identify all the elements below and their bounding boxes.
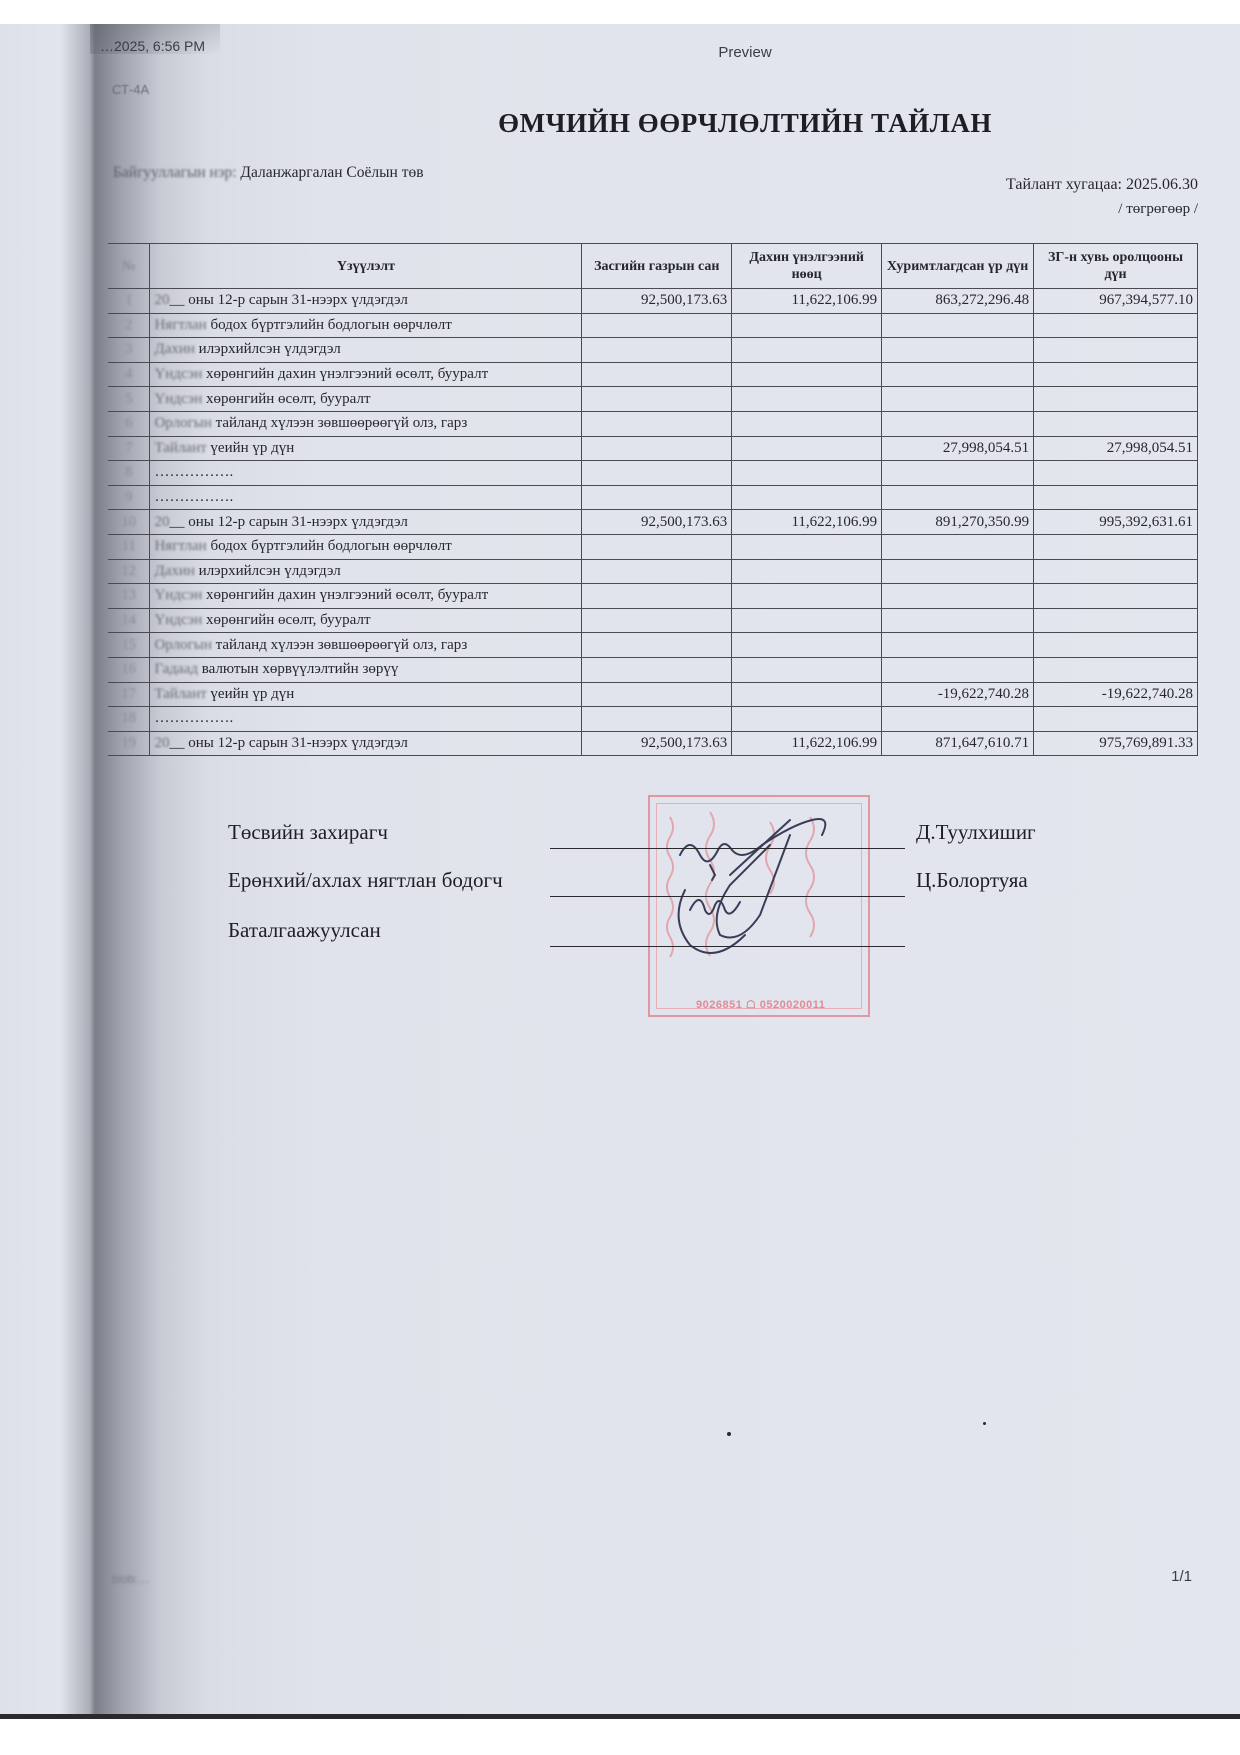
table-row: 9……………. [108, 485, 1198, 510]
form-code: СТ-4А [112, 82, 149, 97]
row-label-text: бодох бүртгэлийн бодлогын өөрчлөлт [207, 538, 452, 554]
report-period: Тайлант хугацаа: 2025.06.30 [1006, 176, 1198, 194]
cell-gov-fund [582, 633, 732, 658]
row-index: 2 [108, 313, 150, 338]
signature-row-verified: Баталгаажуулсан [228, 918, 381, 943]
column-header-revaluation-reserve: Дахин үнэлгээний нөөц [732, 244, 882, 289]
cell-total [1034, 387, 1198, 412]
cell-gov-fund [582, 682, 732, 707]
cell-retained: -19,622,740.28 [882, 682, 1034, 707]
row-index: 6 [108, 411, 150, 436]
row-label: Үндсэн хөрөнгийн дахин үнэлгээний өсөлт,… [150, 362, 582, 387]
row-label-lead: Тайлант [154, 686, 206, 702]
row-label-lead: 20 [154, 735, 169, 751]
row-label: Нягтлан бодох бүртгэлийн бодлогын өөрчлө… [150, 313, 582, 338]
cell-total [1034, 584, 1198, 609]
row-label-text: үеийн үр дүн [207, 686, 295, 702]
column-header-gov-fund: Засгийн газрын сан [582, 244, 732, 289]
cell-reval-reserve [732, 584, 882, 609]
cell-total [1034, 461, 1198, 486]
row-label-lead: 20 [154, 292, 169, 308]
cell-total [1034, 633, 1198, 658]
row-index: 9 [108, 485, 150, 510]
cell-retained [882, 387, 1034, 412]
column-header-total: ЗГ-н хувь оролцооны дүн [1034, 244, 1198, 289]
official-stamp: 9026851 ☖ 0520020011 [648, 795, 870, 1017]
cell-gov-fund [582, 657, 732, 682]
print-app-title: Preview [0, 44, 1240, 61]
row-label-text: бодох бүртгэлийн бодлогын өөрчлөлт [207, 317, 452, 333]
signature-line [550, 946, 905, 947]
cell-total [1034, 411, 1198, 436]
cell-total [1034, 362, 1198, 387]
row-label: 20__ оны 12-р сарын 31-нээрх үлдэгдэл [150, 731, 582, 756]
column-header-index: № [108, 244, 150, 289]
cell-reval-reserve [732, 608, 882, 633]
cell-gov-fund [582, 387, 732, 412]
cell-gov-fund [582, 362, 732, 387]
signature-role: Ерөнхий/ахлах нягтлан бодогч [228, 868, 503, 892]
equity-changes-table: № Үзүүлэлт Засгийн газрын сан Дахин үнэл… [108, 243, 1198, 756]
cell-total: 975,769,891.33 [1034, 731, 1198, 756]
row-label-text: хөрөнгийн дахин үнэлгээний өсөлт, буурал… [202, 366, 488, 382]
signature-role: Баталгаажуулсан [228, 918, 381, 942]
cell-retained [882, 707, 1034, 732]
table-row: 16Гадаад валютын хөрвүүлэлтийн зөрүү [108, 657, 1198, 682]
row-index: 15 [108, 633, 150, 658]
cell-gov-fund [582, 411, 732, 436]
table-row: 7Тайлант үеийн үр дүн27,998,054.5127,998… [108, 436, 1198, 461]
row-index: 7 [108, 436, 150, 461]
cell-gov-fund [582, 338, 732, 363]
table-row: 5Үндсэн хөрөнгийн өсөлт, бууралт [108, 387, 1198, 412]
organization-label: Байгууллагын нэр: [113, 164, 237, 181]
row-label: 20__ оны 12-р сарын 31-нээрх үлдэгдэл [150, 510, 582, 535]
signatory-name: Д.Туулхишиг [916, 820, 1036, 845]
row-label-lead: Орлогын [154, 637, 211, 653]
row-label: Тайлант үеийн үр дүн [150, 682, 582, 707]
row-index: 5 [108, 387, 150, 412]
cell-retained [882, 485, 1034, 510]
cell-retained: 871,647,610.71 [882, 731, 1034, 756]
currency-unit: / төгрөгөөр / [1118, 201, 1198, 218]
cell-total: 967,394,577.10 [1034, 289, 1198, 314]
cell-reval-reserve [732, 559, 882, 584]
column-header-item: Үзүүлэлт [150, 244, 582, 289]
row-label: ……………. [150, 707, 582, 732]
cell-reval-reserve [732, 657, 882, 682]
table-row: 1020__ оны 12-р сарын 31-нээрх үлдэгдэл9… [108, 510, 1198, 535]
cell-reval-reserve [732, 338, 882, 363]
row-index: 12 [108, 559, 150, 584]
footer-url: blob:… [112, 1572, 150, 1586]
cell-total: 995,392,631.61 [1034, 510, 1198, 535]
cell-retained [882, 534, 1034, 559]
table-row: 2Нягтлан бодох бүртгэлийн бодлогын өөрчл… [108, 313, 1198, 338]
row-index: 3 [108, 338, 150, 363]
signature-line [550, 896, 905, 897]
row-label: ……………. [150, 461, 582, 486]
row-label-lead: Тайлант [154, 440, 206, 456]
cell-gov-fund [582, 436, 732, 461]
signatory-name: Ц.Болортуяа [916, 868, 1028, 893]
cell-retained [882, 657, 1034, 682]
table-header-row: № Үзүүлэлт Засгийн газрын сан Дахин үнэл… [108, 244, 1198, 289]
cell-gov-fund [582, 707, 732, 732]
page-number: 1/1 [1171, 1568, 1192, 1585]
row-label-lead: Үндсэн [154, 366, 202, 382]
cell-reval-reserve [732, 313, 882, 338]
cell-gov-fund: 92,500,173.63 [582, 510, 732, 535]
row-label: 20__ оны 12-р сарын 31-нээрх үлдэгдэл [150, 289, 582, 314]
row-label-text: хөрөнгийн дахин үнэлгээний өсөлт, буурал… [202, 587, 488, 603]
cell-retained [882, 633, 1034, 658]
cell-reval-reserve [732, 485, 882, 510]
row-label-text: ……………. [154, 489, 233, 505]
organization-name: Даланжаргалан Соёлын төв [240, 164, 423, 181]
row-label: Дахин илэрхийлсэн үлдэгдэл [150, 338, 582, 363]
row-label-lead: Гадаад [154, 661, 198, 677]
row-index: 8 [108, 461, 150, 486]
row-label-text: хөрөнгийн өсөлт, бууралт [202, 391, 370, 407]
row-label-text: илэрхийлсэн үлдэгдэл [195, 341, 341, 357]
table-row: 12Дахин илэрхийлсэн үлдэгдэл [108, 559, 1198, 584]
row-label: Гадаад валютын хөрвүүлэлтийн зөрүү [150, 657, 582, 682]
scan-speck [727, 1432, 731, 1436]
row-label-lead: Нягтлан [154, 317, 206, 333]
row-index: 14 [108, 608, 150, 633]
cell-total [1034, 313, 1198, 338]
row-index: 17 [108, 682, 150, 707]
row-index: 4 [108, 362, 150, 387]
row-index: 11 [108, 534, 150, 559]
row-label-text: ……………. [154, 710, 233, 726]
table-row: 11Нягтлан бодох бүртгэлийн бодлогын өөрч… [108, 534, 1198, 559]
cell-reval-reserve [732, 534, 882, 559]
stamp-mongolian-script [650, 797, 868, 997]
table-row: 15Орлогын тайланд хүлээн зөвшөөрөөгүй ол… [108, 633, 1198, 658]
table-row: 4Үндсэн хөрөнгийн дахин үнэлгээний өсөлт… [108, 362, 1198, 387]
cell-reval-reserve [732, 707, 882, 732]
cell-reval-reserve [732, 633, 882, 658]
row-label: Үндсэн хөрөнгийн өсөлт, бууралт [150, 608, 582, 633]
table-row: 18……………. [108, 707, 1198, 732]
table-row: 120__ оны 12-р сарын 31-нээрх үлдэгдэл92… [108, 289, 1198, 314]
report-title: ӨМЧИЙН ӨӨРЧЛӨЛТИЙН ТАЙЛАН [0, 108, 1240, 139]
organization-line: Байгууллагын нэр: Даланжаргалан Соёлын т… [113, 164, 424, 182]
stamp-registration-code: 9026851 ☖ 0520020011 [696, 998, 825, 1011]
page-bottom-edge [0, 1714, 1240, 1719]
table-row: 3Дахин илэрхийлсэн үлдэгдэл [108, 338, 1198, 363]
cell-gov-fund [582, 485, 732, 510]
row-label: Үндсэн хөрөнгийн өсөлт, бууралт [150, 387, 582, 412]
cell-reval-reserve [732, 682, 882, 707]
cell-total [1034, 338, 1198, 363]
row-label-lead: Дахин [154, 341, 194, 357]
cell-retained [882, 313, 1034, 338]
cell-reval-reserve [732, 436, 882, 461]
cell-retained [882, 559, 1034, 584]
row-label: ……………. [150, 485, 582, 510]
row-label-lead: Дахин [154, 563, 194, 579]
cell-reval-reserve [732, 387, 882, 412]
scan-speck [983, 1422, 986, 1425]
row-index: 19 [108, 731, 150, 756]
row-label-text: __ оны 12-р сарын 31-нээрх үлдэгдэл [169, 514, 407, 530]
row-label-lead: Үндсэн [154, 612, 202, 628]
cell-retained [882, 411, 1034, 436]
cell-reval-reserve: 11,622,106.99 [732, 731, 882, 756]
cell-gov-fund [582, 559, 732, 584]
row-label: Үндсэн хөрөнгийн дахин үнэлгээний өсөлт,… [150, 584, 582, 609]
table-row: 13Үндсэн хөрөнгийн дахин үнэлгээний өсөл… [108, 584, 1198, 609]
row-label-text: __ оны 12-р сарын 31-нээрх үлдэгдэл [169, 292, 407, 308]
row-label-lead: 20 [154, 514, 169, 530]
row-label-text: __ оны 12-р сарын 31-нээрх үлдэгдэл [169, 735, 407, 751]
signature-row-chief-accountant: Ерөнхий/ахлах нягтлан бодогч [228, 868, 503, 893]
cell-total [1034, 534, 1198, 559]
table-row: 6Орлогын тайланд хүлээн зөвшөөрөөгүй олз… [108, 411, 1198, 436]
cell-gov-fund [582, 584, 732, 609]
row-label: Дахин илэрхийлсэн үлдэгдэл [150, 559, 582, 584]
table-row: 17Тайлант үеийн үр дүн-19,622,740.28-19,… [108, 682, 1198, 707]
row-label-lead: Нягтлан [154, 538, 206, 554]
row-label: Орлогын тайланд хүлээн зөвшөөрөөгүй олз,… [150, 633, 582, 658]
cell-retained [882, 461, 1034, 486]
cell-reval-reserve [732, 461, 882, 486]
row-index: 16 [108, 657, 150, 682]
row-index: 18 [108, 707, 150, 732]
row-label-text: тайланд хүлээн зөвшөөрөөгүй олз, гарз [212, 415, 467, 431]
row-label: Орлогын тайланд хүлээн зөвшөөрөөгүй олз,… [150, 411, 582, 436]
row-label-text: үеийн үр дүн [207, 440, 295, 456]
table-row: 8……………. [108, 461, 1198, 486]
cell-retained: 27,998,054.51 [882, 436, 1034, 461]
cell-retained: 863,272,296.48 [882, 289, 1034, 314]
cell-reval-reserve: 11,622,106.99 [732, 510, 882, 535]
table-row: 1920__ оны 12-р сарын 31-нээрх үлдэгдэл9… [108, 731, 1198, 756]
cell-gov-fund [582, 608, 732, 633]
row-index: 10 [108, 510, 150, 535]
row-label-text: тайланд хүлээн зөвшөөрөөгүй олз, гарз [212, 637, 467, 653]
row-label-text: хөрөнгийн өсөлт, бууралт [202, 612, 370, 628]
cell-total [1034, 657, 1198, 682]
table-row: 14Үндсэн хөрөнгийн өсөлт, бууралт [108, 608, 1198, 633]
cell-gov-fund [582, 534, 732, 559]
cell-reval-reserve: 11,622,106.99 [732, 289, 882, 314]
row-index: 13 [108, 584, 150, 609]
cell-total [1034, 485, 1198, 510]
cell-gov-fund: 92,500,173.63 [582, 289, 732, 314]
cell-gov-fund: 92,500,173.63 [582, 731, 732, 756]
row-label-lead: Үндсэн [154, 391, 202, 407]
cell-total: 27,998,054.51 [1034, 436, 1198, 461]
cell-reval-reserve [732, 411, 882, 436]
row-label-lead: Орлогын [154, 415, 211, 431]
cell-retained: 891,270,350.99 [882, 510, 1034, 535]
cell-retained [882, 608, 1034, 633]
cell-gov-fund [582, 461, 732, 486]
cell-total: -19,622,740.28 [1034, 682, 1198, 707]
row-label-text: валютын хөрвүүлэлтийн зөрүү [198, 661, 398, 677]
signature-role: Төсвийн захирагч [228, 820, 388, 844]
row-label-text: илэрхийлсэн үлдэгдэл [195, 563, 341, 579]
column-header-retained-earnings: Хуримтлагдсан үр дүн [882, 244, 1034, 289]
cell-gov-fund [582, 313, 732, 338]
cell-total [1034, 608, 1198, 633]
cell-total [1034, 559, 1198, 584]
cell-retained [882, 362, 1034, 387]
row-index: 1 [108, 289, 150, 314]
cell-reval-reserve [732, 362, 882, 387]
row-label: Нягтлан бодох бүртгэлийн бодлогын өөрчлө… [150, 534, 582, 559]
cell-retained [882, 584, 1034, 609]
cell-retained [882, 338, 1034, 363]
row-label: Тайлант үеийн үр дүн [150, 436, 582, 461]
signature-line [550, 848, 905, 849]
signature-row-budget-manager: Төсвийн захирагч [228, 820, 388, 845]
row-label-text: ……………. [154, 464, 233, 480]
row-label-lead: Үндсэн [154, 587, 202, 603]
cell-total [1034, 707, 1198, 732]
